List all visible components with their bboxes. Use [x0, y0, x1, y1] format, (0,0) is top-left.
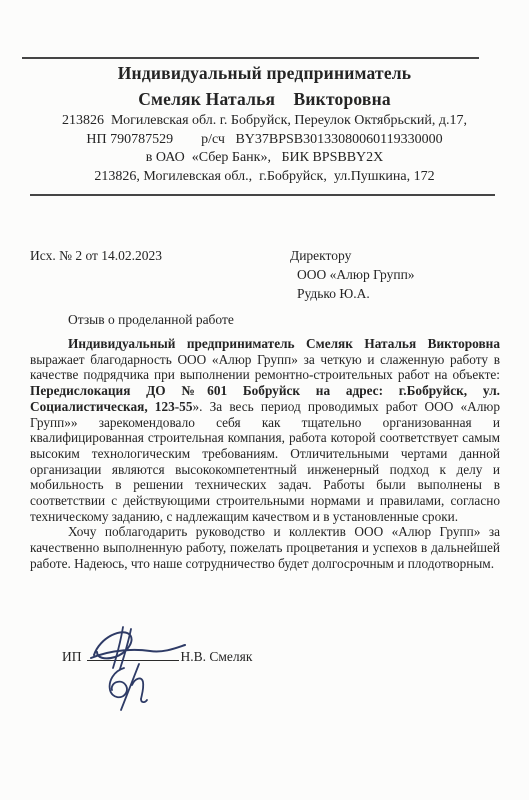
signature-prefix: ИП: [62, 649, 82, 665]
letterhead-top-rule: [22, 57, 479, 59]
addressee-person: Рудько Ю.А.: [290, 284, 415, 303]
body-text-segment: выражает благодарность ООО «Алюр Групп» …: [30, 352, 500, 383]
outgoing-number: Исх. № 2 от 14.02.2023: [30, 246, 162, 265]
body-text-segment: ». За весь период проводимых работ ООО «…: [30, 399, 500, 524]
signature-line: [87, 646, 179, 661]
signature-block: ИП Н.В. Смеляк: [62, 646, 252, 665]
letterhead-postal-line: 213826, Могилевская обл., г.Бобруйск, ул…: [0, 168, 529, 187]
signature-name: Н.В. Смеляк: [181, 649, 253, 665]
letter-body: Индивидуальный предприниматель Смеляк На…: [30, 336, 500, 572]
addressee-block: Директору ООО «Алюр Групп» Рудько Ю.А.: [290, 246, 415, 304]
document-page: Индивидуальный предприниматель Смеляк На…: [0, 0, 529, 800]
letterhead-bank-line: в ОАО «Сбер Банк», БИК BPSBBY2X: [0, 149, 529, 168]
addressee-company: ООО «Алюр Групп»: [290, 265, 415, 284]
handwritten-note-icon: [102, 662, 154, 712]
letterhead-title: Индивидуальный предприниматель: [0, 60, 529, 86]
body-paragraph-2: Хочу поблагодарить руководство и коллект…: [30, 524, 500, 571]
addressee-position: Директору: [290, 246, 415, 265]
letterhead-name: Смеляк Наталья Викторовна: [0, 86, 529, 112]
letterhead-account-line: НП 790787529 р/сч BY37BPSB30133080060119…: [0, 131, 529, 150]
body-intro-bold: Индивидуальный предприниматель Смеляк На…: [68, 336, 500, 351]
body-paragraph-1: Индивидуальный предприниматель Смеляк На…: [30, 336, 500, 524]
subject-line: Отзыв о проделанной работе: [68, 312, 234, 328]
letterhead-address-line: 213826 Могилевская обл. г. Бобруйск, Пер…: [0, 112, 529, 131]
letterhead: Индивидуальный предприниматель Смеляк На…: [0, 60, 529, 186]
letterhead-bottom-rule: [30, 194, 495, 196]
